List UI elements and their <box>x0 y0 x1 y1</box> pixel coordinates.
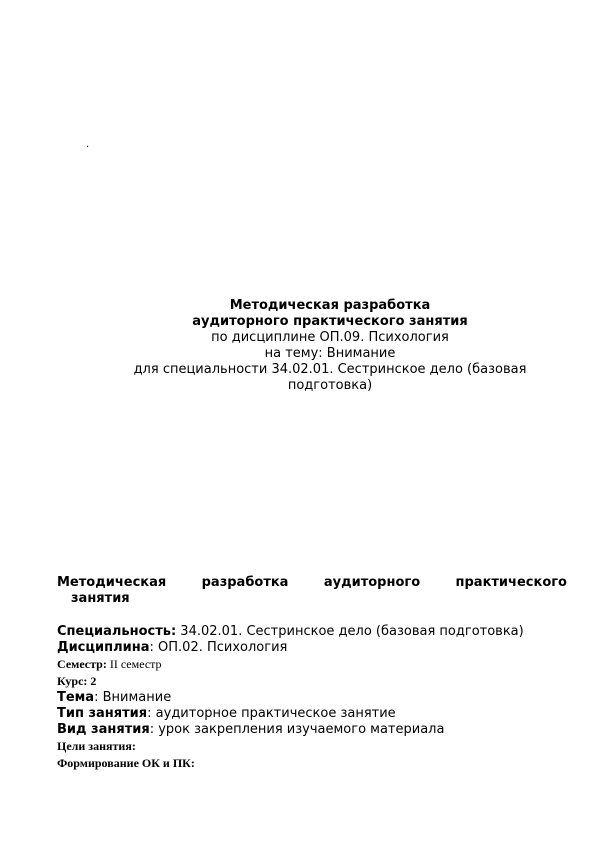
heading-word: Методическая <box>57 575 166 591</box>
specialty-line: Специальность: 34.02.01. Сестринское дел… <box>57 624 577 640</box>
lesson-type-value: : аудиторное практическое занятие <box>147 706 396 721</box>
goals-label: Цели занятия: <box>57 739 136 753</box>
discipline-value: : ОП.02. Психология <box>150 640 288 655</box>
discipline-label: Дисциплина <box>57 640 150 655</box>
discipline-line: Дисциплина: ОП.02. Психология <box>57 640 577 656</box>
section-heading-row: Методическая разработка аудиторного прак… <box>57 575 567 591</box>
topic-label: Тема <box>57 690 94 705</box>
page-marker-dot: . <box>86 140 89 150</box>
lesson-kind-value: : урок закрепления изучаемого материала <box>150 722 445 737</box>
lesson-type-label: Тип занятия <box>57 706 147 721</box>
course-line: Курс: 2 <box>57 673 577 690</box>
heading-continuation: занятия <box>57 591 567 607</box>
title-discipline-line: по дисциплине ОП.09. Психология <box>100 330 560 346</box>
topic-value: : Внимание <box>94 690 171 705</box>
title-block: Методическая разработка аудиторного прак… <box>100 298 560 394</box>
goals-line: Цели занятия: <box>57 738 577 755</box>
specialty-label: Специальность: <box>57 624 176 639</box>
course-label: Курс: 2 <box>57 674 96 688</box>
title-specialty-line: для специальности 34.02.01. Сестринское … <box>100 362 560 394</box>
heading-word: аудиторного <box>324 575 420 591</box>
title-line-2: аудиторного практического занятия <box>100 314 560 330</box>
competencies-line: Формирование ОК и ПК: <box>57 755 577 772</box>
title-topic-line: на тему: Внимание <box>100 346 560 362</box>
semester-line: Семестр: II семестр <box>57 656 577 673</box>
semester-value: II семестр <box>107 657 162 671</box>
heading-word: разработка <box>202 575 289 591</box>
competencies-label: Формирование ОК и ПК: <box>57 756 195 770</box>
semester-label: Семестр: <box>57 657 107 671</box>
lesson-kind-label: Вид занятия <box>57 722 150 737</box>
heading-word: практического <box>456 575 567 591</box>
section-heading: Методическая разработка аудиторного прак… <box>57 575 567 607</box>
lesson-kind-line: Вид занятия: урок закрепления изучаемого… <box>57 722 577 738</box>
lesson-info: Специальность: 34.02.01. Сестринское дел… <box>57 624 577 772</box>
specialty-value: 34.02.01. Сестринское дело (базовая подг… <box>176 624 524 639</box>
lesson-type-line: Тип занятия: аудиторное практическое зан… <box>57 706 577 722</box>
title-line-1: Методическая разработка <box>100 298 560 314</box>
topic-line: Тема: Внимание <box>57 690 577 706</box>
